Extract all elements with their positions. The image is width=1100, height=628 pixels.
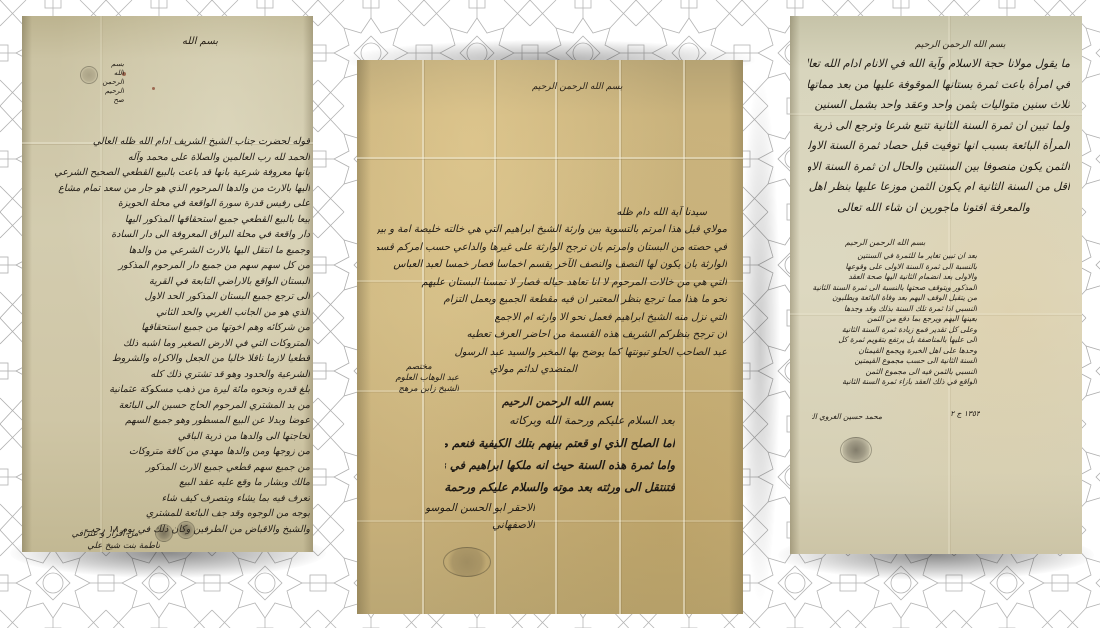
paper-edge <box>357 60 371 614</box>
seal-stamp <box>840 437 872 463</box>
text-line: الى ترجع جميع البستان المذكور الحد الاول <box>52 289 310 305</box>
text-line: اقل من السنة الثانية ام يكون الثمن موزعا… <box>808 177 1070 198</box>
text-line: واما ثمرة هذه السنة حيث انه ملكها ابراهي… <box>445 454 675 476</box>
document-body-text: ما يقول مولانا حجة الاسلام وآية الله في … <box>808 54 1070 218</box>
document-date: ١٣٥٣ ج ٢ <box>940 409 980 419</box>
text-line: النسبي بالثمن فيه الى مجموع الثمن <box>802 367 977 378</box>
text-line: الشرعية والحدود وهو قد تشتري ذلك كله <box>52 367 310 383</box>
text-line: الوارثة بان يكون لها النصف والنصف الآخر … <box>377 256 727 274</box>
text-line: قطعيا لازما ناقلا خاليا من الجعل والاكرا… <box>52 351 310 367</box>
text-line: في حصته من البستان وامرتم بان ترجح الوار… <box>377 239 727 257</box>
text-line: عبد الصاحب الحلو تبونتها كما يوضح بها ال… <box>377 344 727 362</box>
paper-edge <box>790 16 800 554</box>
text-line: بلغ قدره ونحوه مائة ليرة من ذهب مسكوكة ع… <box>52 382 310 398</box>
text-line: الى عليها بالمناصفة بل يرتفع بتقويم ثمرة… <box>802 335 977 346</box>
text-line: الثمن يكون منصوفا بين السنتين والحال ان … <box>808 157 1070 178</box>
manuscript-document-middle: بسم الله الرحمن الرحيم سيدنا آية الله دا… <box>357 60 743 614</box>
reply-text: بعد ان تبين تغاير ما للثمرة في السنتين ب… <box>802 251 977 388</box>
text-line: النسبي اذا ثمرة تلك السنة بذلك وقد وجدها <box>802 304 977 315</box>
text-line: المتروكات التي في الارض الصغير وما اشبه … <box>52 336 310 352</box>
text-line: من جميع سهم قطعي جميع الارث المذكور <box>52 460 310 476</box>
manuscript-document-left: بسم الله بسم الله الرحمن الرحيم صح قوله … <box>22 16 313 552</box>
paper-edge <box>729 60 743 614</box>
text-line: من كل سهم سهم من جميع دار المرحوم المذكو… <box>52 258 310 274</box>
text-line: بعينها اليهم ويرجع بما دفع من الثمن <box>802 314 977 325</box>
text-line: وجميع ما انتقل اليها بالارث الشرعي من وا… <box>52 243 310 259</box>
text-line: الواقع في ذلك العقد بازاء ثمرة السنة الث… <box>802 377 977 388</box>
text-line: التي نزل منه الشيخ ابراهيم فعمل نحو الا … <box>377 309 727 327</box>
document-heading: بسم الله الرحمن الرحيم <box>915 40 1005 50</box>
text-line: التي هي من خالات المرحوم لا انا تعاهد حي… <box>377 274 727 292</box>
text-line: المرأة البائعة بسبب انها توفيت قبل حصاد … <box>808 136 1070 157</box>
text-line: ما يقول مولانا حجة الاسلام وآية الله في … <box>808 54 1070 75</box>
document-heading: بسم الله <box>182 36 218 47</box>
text-line: نحو ما هذا مما ترجع بنظر المعتبر ان فيه … <box>377 291 727 309</box>
text-line: الذي هو من الجانب الغربي والحد الثاني <box>52 305 310 321</box>
ink-stain <box>152 87 155 90</box>
reply-heading: بسم الله الرحمن الرحيم <box>845 238 925 247</box>
text-line: عوضا وبدلا عن البيع المسطور وهو جميع الس… <box>52 413 310 429</box>
document-body-text: قوله لحضرت جناب الشيخ الشريف ادام الله ظ… <box>52 134 310 537</box>
text-line: والاولى بعد انضمام الثانية اليها صحة الع… <box>802 272 977 283</box>
text-line: مولاي قبل هذا امرتم بالتسوية بين وارثة ا… <box>377 221 727 239</box>
text-line: وعلى كل تقدير فمع زيادة ثمرة السنة الثان… <box>802 325 977 336</box>
document-shadow-middle-side <box>740 80 780 600</box>
margin-note: مختصم عبد الوهاب العلوم الشيخ زابن مرهج <box>379 362 459 395</box>
text-line: من يتقبل الوقف اليهم بعد وفاة البائعة وي… <box>802 293 977 304</box>
text-line: ان ترجح بنظركم الشريف هذه القسمة من احاض… <box>377 326 727 344</box>
text-line: من زوجها ومن والدها مهدي من كافة متروكات <box>52 444 310 460</box>
text-line: بالنسبة الى ثمرة السنة الاولى على وقوعها <box>802 262 977 273</box>
paper-fold <box>357 157 743 159</box>
document-body-text: مولاي قبل هذا امرتم بالتسوية بين وارثة ا… <box>377 221 727 379</box>
text-line: مالك وبشار ما وقع عليه عقد البيع <box>52 475 310 491</box>
text-line: بيعا بالبيع القطعي جميع استحقاقها المذكو… <box>52 212 310 228</box>
text-line: اليها بالارث من والدها المرحوم الذي هو ج… <box>52 181 310 197</box>
text-line: على رفيس قدرة سورة الواقعة في محلة الحوي… <box>52 196 310 212</box>
text-line: الحمد لله رب العالمين والصلاة على محمد و… <box>52 150 310 166</box>
text-line: بعد ان تبين تغاير ما للثمرة في السنتين <box>802 251 977 262</box>
text-line: في امرأة باعت ثمرة بستانها الموقوفة عليه… <box>808 75 1070 96</box>
seal-stamp <box>177 521 195 539</box>
seal-stamp <box>155 524 173 542</box>
text-line: ولما تبين ان ثمرة السنة الثانية تتبع شرع… <box>808 116 1070 137</box>
text-line: اما الصلح الذي او قعتم بينهم بتلك الكيفي… <box>445 432 675 454</box>
salutation: سيدنا آية الله دام ظله <box>577 206 707 220</box>
text-line: ثلاث سنين متواليات بثمن واحد وعقد واحد ب… <box>808 95 1070 116</box>
text-line: بعد السلام عليكم ورحمة الله وبركاته <box>445 410 675 432</box>
margin-note: بسم الله الرحمن الرحيم صح <box>94 60 124 105</box>
manuscript-document-right: بسم الله الرحمن الرحيم ما يقول مولانا حج… <box>790 16 1082 554</box>
text-line: والمعرفة افتونا ماجورين ان شاء الله تعال… <box>808 198 1070 219</box>
text-line: من شركائه وهم اخوتها من جميع استحقاقها <box>52 320 310 336</box>
text-line: دار واقعة في محلة البراق المعروفة الى دا… <box>52 227 310 243</box>
text-line: المذكور ويتوقف صحتها بالنسبة الى ثمرة ال… <box>802 283 977 294</box>
text-line: من يد المشتري المرحوم الحاج حسين الى الب… <box>52 398 310 414</box>
paper-fold <box>357 520 743 522</box>
text-line: البستان الواقع بالاراضي التابعة في القري… <box>52 274 310 290</box>
text-line: قوله لحضرت جناب الشيخ الشريف ادام الله ظ… <box>52 134 310 150</box>
paper-edge <box>22 16 32 552</box>
text-line: بانها معروفة شرعية بانها قد باعت بالبيع … <box>52 165 310 181</box>
reply-heading: بسم الله الرحمن الرحيم <box>502 395 614 408</box>
signature-block: من اقرار و عترافي ناطمة بنت شيخ علي <box>50 528 160 552</box>
document-heading: بسم الله الرحمن الرحيم <box>532 82 622 92</box>
text-line: وحدها على اهل الخبرة ويجمع القيمتان <box>802 346 977 357</box>
reply-text: بعد السلام عليكم ورحمة الله وبركاته اما … <box>445 410 675 498</box>
signature-block: الاحقر ابو الحسن الموسوي الاصفهاني <box>425 500 535 534</box>
text-line: فتنتقل الى ورثته بعد موته والسلام عليكم … <box>445 476 675 498</box>
text-line: تعرف فيه بما يشاء وبتصرف كيف شاء <box>52 491 310 507</box>
signature: محمد حسين الغروي النائيني <box>812 412 882 422</box>
text-line: بوجه من الوجوه وقد جف البائعة للمشتري <box>52 506 310 522</box>
text-line: لحاجتها الى والدها من ذرية الباقي <box>52 429 310 445</box>
text-line: السنة الثانية الى حسب مجموع القيمتين <box>802 356 977 367</box>
seal-stamp <box>443 547 491 577</box>
